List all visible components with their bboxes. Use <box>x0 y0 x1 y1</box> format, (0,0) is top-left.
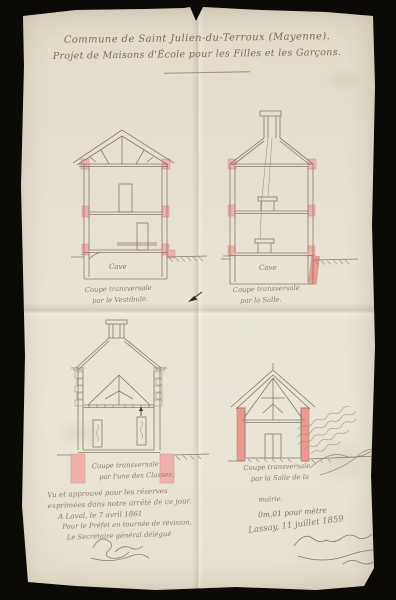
signature-flourish <box>310 442 388 475</box>
pointer-arrow <box>139 407 143 417</box>
room-label-cave: Cave <box>259 264 277 272</box>
caption-salle: Coupe transversale par la Salle. <box>233 283 301 306</box>
ink-linework <box>57 320 209 455</box>
plan-sheet: Commune de Saint Julien-du-Terroux (Maye… <box>16 6 378 594</box>
room-label-cave: Cave <box>109 263 127 271</box>
document-title-line1: Commune de Saint Julien-du-Terroux (Maye… <box>32 31 362 47</box>
caption-vestibule: Coupe transversale par le Vestibule. <box>85 283 153 306</box>
photographed-document: Commune de Saint Julien-du-Terroux (Maye… <box>0 0 396 600</box>
ground-hatching <box>176 455 201 460</box>
quoin-stones <box>75 372 162 406</box>
ink-linework <box>71 130 207 279</box>
flue-lines <box>260 138 272 239</box>
secretary-signature <box>85 530 160 562</box>
caption-classes: Coupe transversale par l'une des Classes… <box>92 459 175 483</box>
label-squiggles <box>97 421 143 442</box>
ground-hatching <box>315 260 349 265</box>
section-drawing-salle: Cave <box>213 107 361 307</box>
title-underline-flourish <box>164 71 250 74</box>
north-arrow-mark <box>188 289 204 303</box>
ink-linework <box>221 111 358 284</box>
section-drawing-vestibule: Cave <box>57 107 209 307</box>
architect-signature <box>288 526 393 571</box>
diagonal-handwritten-annotation <box>290 390 395 480</box>
paper-stain <box>322 68 364 92</box>
document-title-line2: Projet de Maisons d'École pour les Fille… <box>24 47 370 63</box>
